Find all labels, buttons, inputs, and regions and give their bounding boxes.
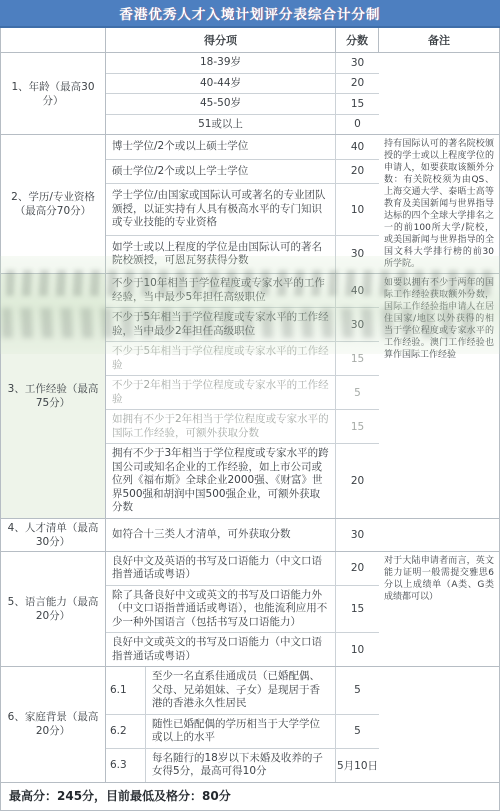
criteria-cell: 硕士学位/2个或以上学士学位 <box>106 160 336 184</box>
score-cell: 20 <box>336 74 379 94</box>
score-cell: 30 <box>336 236 379 273</box>
table-row: 不少于2年相当于学位程度或专家水平的工作经验 5 <box>106 376 379 410</box>
score-cell: 20 <box>336 444 379 518</box>
table-row: 如符合十三类人才清单，可外获取分数 30 <box>106 519 379 551</box>
table-row: 硕士学位/2个或以上学士学位 20 <box>106 160 379 185</box>
page-title: 香港优秀人才入境计划评分表综合计分制 <box>0 0 500 28</box>
score-cell: 15 <box>336 586 379 633</box>
score-cell: 0 <box>336 115 379 135</box>
header-cell-remark: 备注 <box>379 28 499 52</box>
section-work-experience: 3、工作经验（最高75分） 不少于10年相当于学位程度或专家水平的工作经验，当中… <box>1 274 499 519</box>
criteria-cell: 每名随行的18岁以下未婚及收养的子女得5分，最高可得10分 <box>146 749 336 782</box>
remark-cell: 持有国际认可的著名院校颁授的学士或以上程度学位的申请人，如要获取该额外分数：有关… <box>379 135 499 273</box>
score-cell: 20 <box>336 160 379 184</box>
criteria-cell: 除了具备良好中文或英文的书写及口语能力外（中文口语指普通话或粤语），也能流利应用… <box>106 586 336 633</box>
section-education: 2、学历/专业资格（最高分70分） 博士学位/2个或以上硕士学位 40 硕士学位… <box>1 135 499 274</box>
score-cell: 15 <box>336 410 379 443</box>
section-language: 5、语言能力（最高20分） 良好中文及英语的书写及口语能力（中文口语指普通话或粤… <box>1 552 499 668</box>
category-cell: 4、人才清单（最高30分） <box>1 519 106 551</box>
section-age: 1、年龄（最高30分） 18-39岁 30 40-44岁 20 45-50岁 1… <box>1 53 499 135</box>
criteria-cell: 如拥有不少于2年相当于学位程度或专家水平的国际工作经验，可额外获取分数 <box>106 410 336 443</box>
criteria-cell: 不少于2年相当于学位程度或专家水平的工作经验 <box>106 376 336 409</box>
table-row: 45-50岁 15 <box>106 94 379 115</box>
criteria-cell: 18-39岁 <box>106 53 336 73</box>
score-cell: 10 <box>336 633 379 666</box>
score-cell: 30 <box>336 519 379 551</box>
score-cell: 30 <box>336 308 379 341</box>
criteria-cell: 不少于10年相当于学位程度或专家水平的工作经验，当中最少5年担任高级职位 <box>106 274 336 307</box>
header-cell-category <box>1 28 106 52</box>
sub-index-cell: 6.2 <box>106 715 146 748</box>
criteria-cell: 51或以上 <box>106 115 336 135</box>
remark-cell <box>379 53 499 134</box>
table-row: 不少于5年相当于学位程度或专家水平的工作经验，当中最少2年担任高级职位 30 <box>106 308 379 342</box>
criteria-cell: 40-44岁 <box>106 74 336 94</box>
sub-index-cell: 6.1 <box>106 667 146 714</box>
criteria-cell: 博士学位/2个或以上硕士学位 <box>106 135 336 159</box>
criteria-cell: 随性已婚配偶的学历相当于大学学位或以上的水平 <box>146 715 336 748</box>
table-row: 51或以上 0 <box>106 115 379 135</box>
header-cell-item: 得分项 <box>106 28 336 52</box>
category-cell: 1、年龄（最高30分） <box>1 53 106 134</box>
remark-cell <box>379 667 499 782</box>
table-row: 除了具备良好中文或英文的书写及口语能力外（中文口语指普通话或粤语），也能流利应用… <box>106 586 379 634</box>
criteria-cell: 良好中文及英语的书写及口语能力（中文口语指普通话或粤语） <box>106 552 336 585</box>
section-family-background: 6、家庭背景（最高20分） 6.1 至少一名直系佳通成员（已婚配偶、父母、兄弟姐… <box>1 667 499 783</box>
table-row: 6.1 至少一名直系佳通成员（已婚配偶、父母、兄弟姐妹、子女）是现居于香港的香港… <box>106 667 379 715</box>
criteria-cell: 如符合十三类人才清单，可外获取分数 <box>106 519 336 551</box>
criteria-cell: 如学士或以上程度的学位是由国际认可的著名院校颁授，可恩瓦努获得分数 <box>106 236 336 273</box>
table-row: 如拥有不少于2年相当于学位程度或专家水平的国际工作经验，可额外获取分数 15 <box>106 410 379 444</box>
category-cell: 6、家庭背景（最高20分） <box>1 667 106 782</box>
table-row: 如学士或以上程度的学位是由国际认可的著名院校颁授，可恩瓦努获得分数 30 <box>106 236 379 273</box>
remark-cell: 如要以拥有不少于两年的国际工作经验获取额外分数，国际工作经验指申请人在居住国家/… <box>379 274 499 518</box>
category-cell: 3、工作经验（最高75分） <box>1 274 106 518</box>
table-row: 拥有不少于3年相当于学位程度或专家水平的跨国公司或知名企业的工作经验，如上市公司… <box>106 444 379 518</box>
score-table: 得分项 分数 备注 1、年龄（最高30分） 18-39岁 30 40-44岁 2… <box>0 28 500 811</box>
table-row: 学士学位/由国家或国际认可或著名的专业团队颁授，以证实持有人具有极高水平的专门知… <box>106 184 379 236</box>
table-row: 不少于5年相当于学位程度或专家水平的工作经验 15 <box>106 342 379 376</box>
score-cell: 5 <box>336 376 379 409</box>
score-cell: 5 <box>336 667 379 714</box>
score-cell: 5 <box>336 715 379 748</box>
score-cell: 5月10日 <box>336 749 379 782</box>
table-row: 不少于10年相当于学位程度或专家水平的工作经验，当中最少5年担任高级职位 40 <box>106 274 379 308</box>
score-cell: 40 <box>336 274 379 307</box>
table-row: 6.3 每名随行的18岁以下未婚及收养的子女得5分，最高可得10分 5月10日 <box>106 749 379 782</box>
footer-note: 最高分：245分，目前最低及格分：80分 <box>1 783 499 810</box>
section-talent-list: 4、人才清单（最高30分） 如符合十三类人才清单，可外获取分数 30 <box>1 519 499 552</box>
sub-index-cell: 6.3 <box>106 749 146 782</box>
table-row: 18-39岁 30 <box>106 53 379 74</box>
score-cell: 30 <box>336 53 379 73</box>
table-row: 40-44岁 20 <box>106 74 379 95</box>
score-cell: 15 <box>336 342 379 375</box>
score-cell: 20 <box>336 552 379 585</box>
remark-cell: 对于大陆申请者而言，英文能力证明一般需提交雅思6分以上成绩单（A类、G类成绩都可… <box>379 552 499 667</box>
table-row: 良好中文及英语的书写及口语能力（中文口语指普通话或粤语） 20 <box>106 552 379 586</box>
score-cell: 40 <box>336 135 379 159</box>
criteria-cell: 拥有不少于3年相当于学位程度或专家水平的跨国公司或知名企业的工作经验，如上市公司… <box>106 444 336 518</box>
table-row: 博士学位/2个或以上硕士学位 40 <box>106 135 379 160</box>
score-cell: 10 <box>336 184 379 235</box>
header-cell-score: 分数 <box>336 28 379 52</box>
scoring-table-page: 香港优秀人才入境计划评分表综合计分制 得分项 分数 备注 1、年龄（最高30分）… <box>0 0 500 811</box>
remark-cell <box>379 519 499 551</box>
criteria-cell: 不少于5年相当于学位程度或专家水平的工作经验 <box>106 342 336 375</box>
criteria-cell: 45-50岁 <box>106 94 336 114</box>
category-cell: 2、学历/专业资格（最高分70分） <box>1 135 106 273</box>
criteria-cell: 学士学位/由国家或国际认可或著名的专业团队颁授，以证实持有人具有极高水平的专门知… <box>106 184 336 235</box>
table-row: 6.2 随性已婚配偶的学历相当于大学学位或以上的水平 5 <box>106 715 379 749</box>
category-cell: 5、语言能力（最高20分） <box>1 552 106 667</box>
criteria-cell: 良好中文或英文的书写及口语能力（中文口语指普通话或粤语） <box>106 633 336 666</box>
criteria-cell: 至少一名直系佳通成员（已婚配偶、父母、兄弟姐妹、子女）是现居于香港的香港永久性居… <box>146 667 336 714</box>
table-row: 良好中文或英文的书写及口语能力（中文口语指普通话或粤语） 10 <box>106 633 379 666</box>
criteria-cell: 不少于5年相当于学位程度或专家水平的工作经验，当中最少2年担任高级职位 <box>106 308 336 341</box>
score-cell: 15 <box>336 94 379 114</box>
header-row: 得分项 分数 备注 <box>1 28 499 53</box>
